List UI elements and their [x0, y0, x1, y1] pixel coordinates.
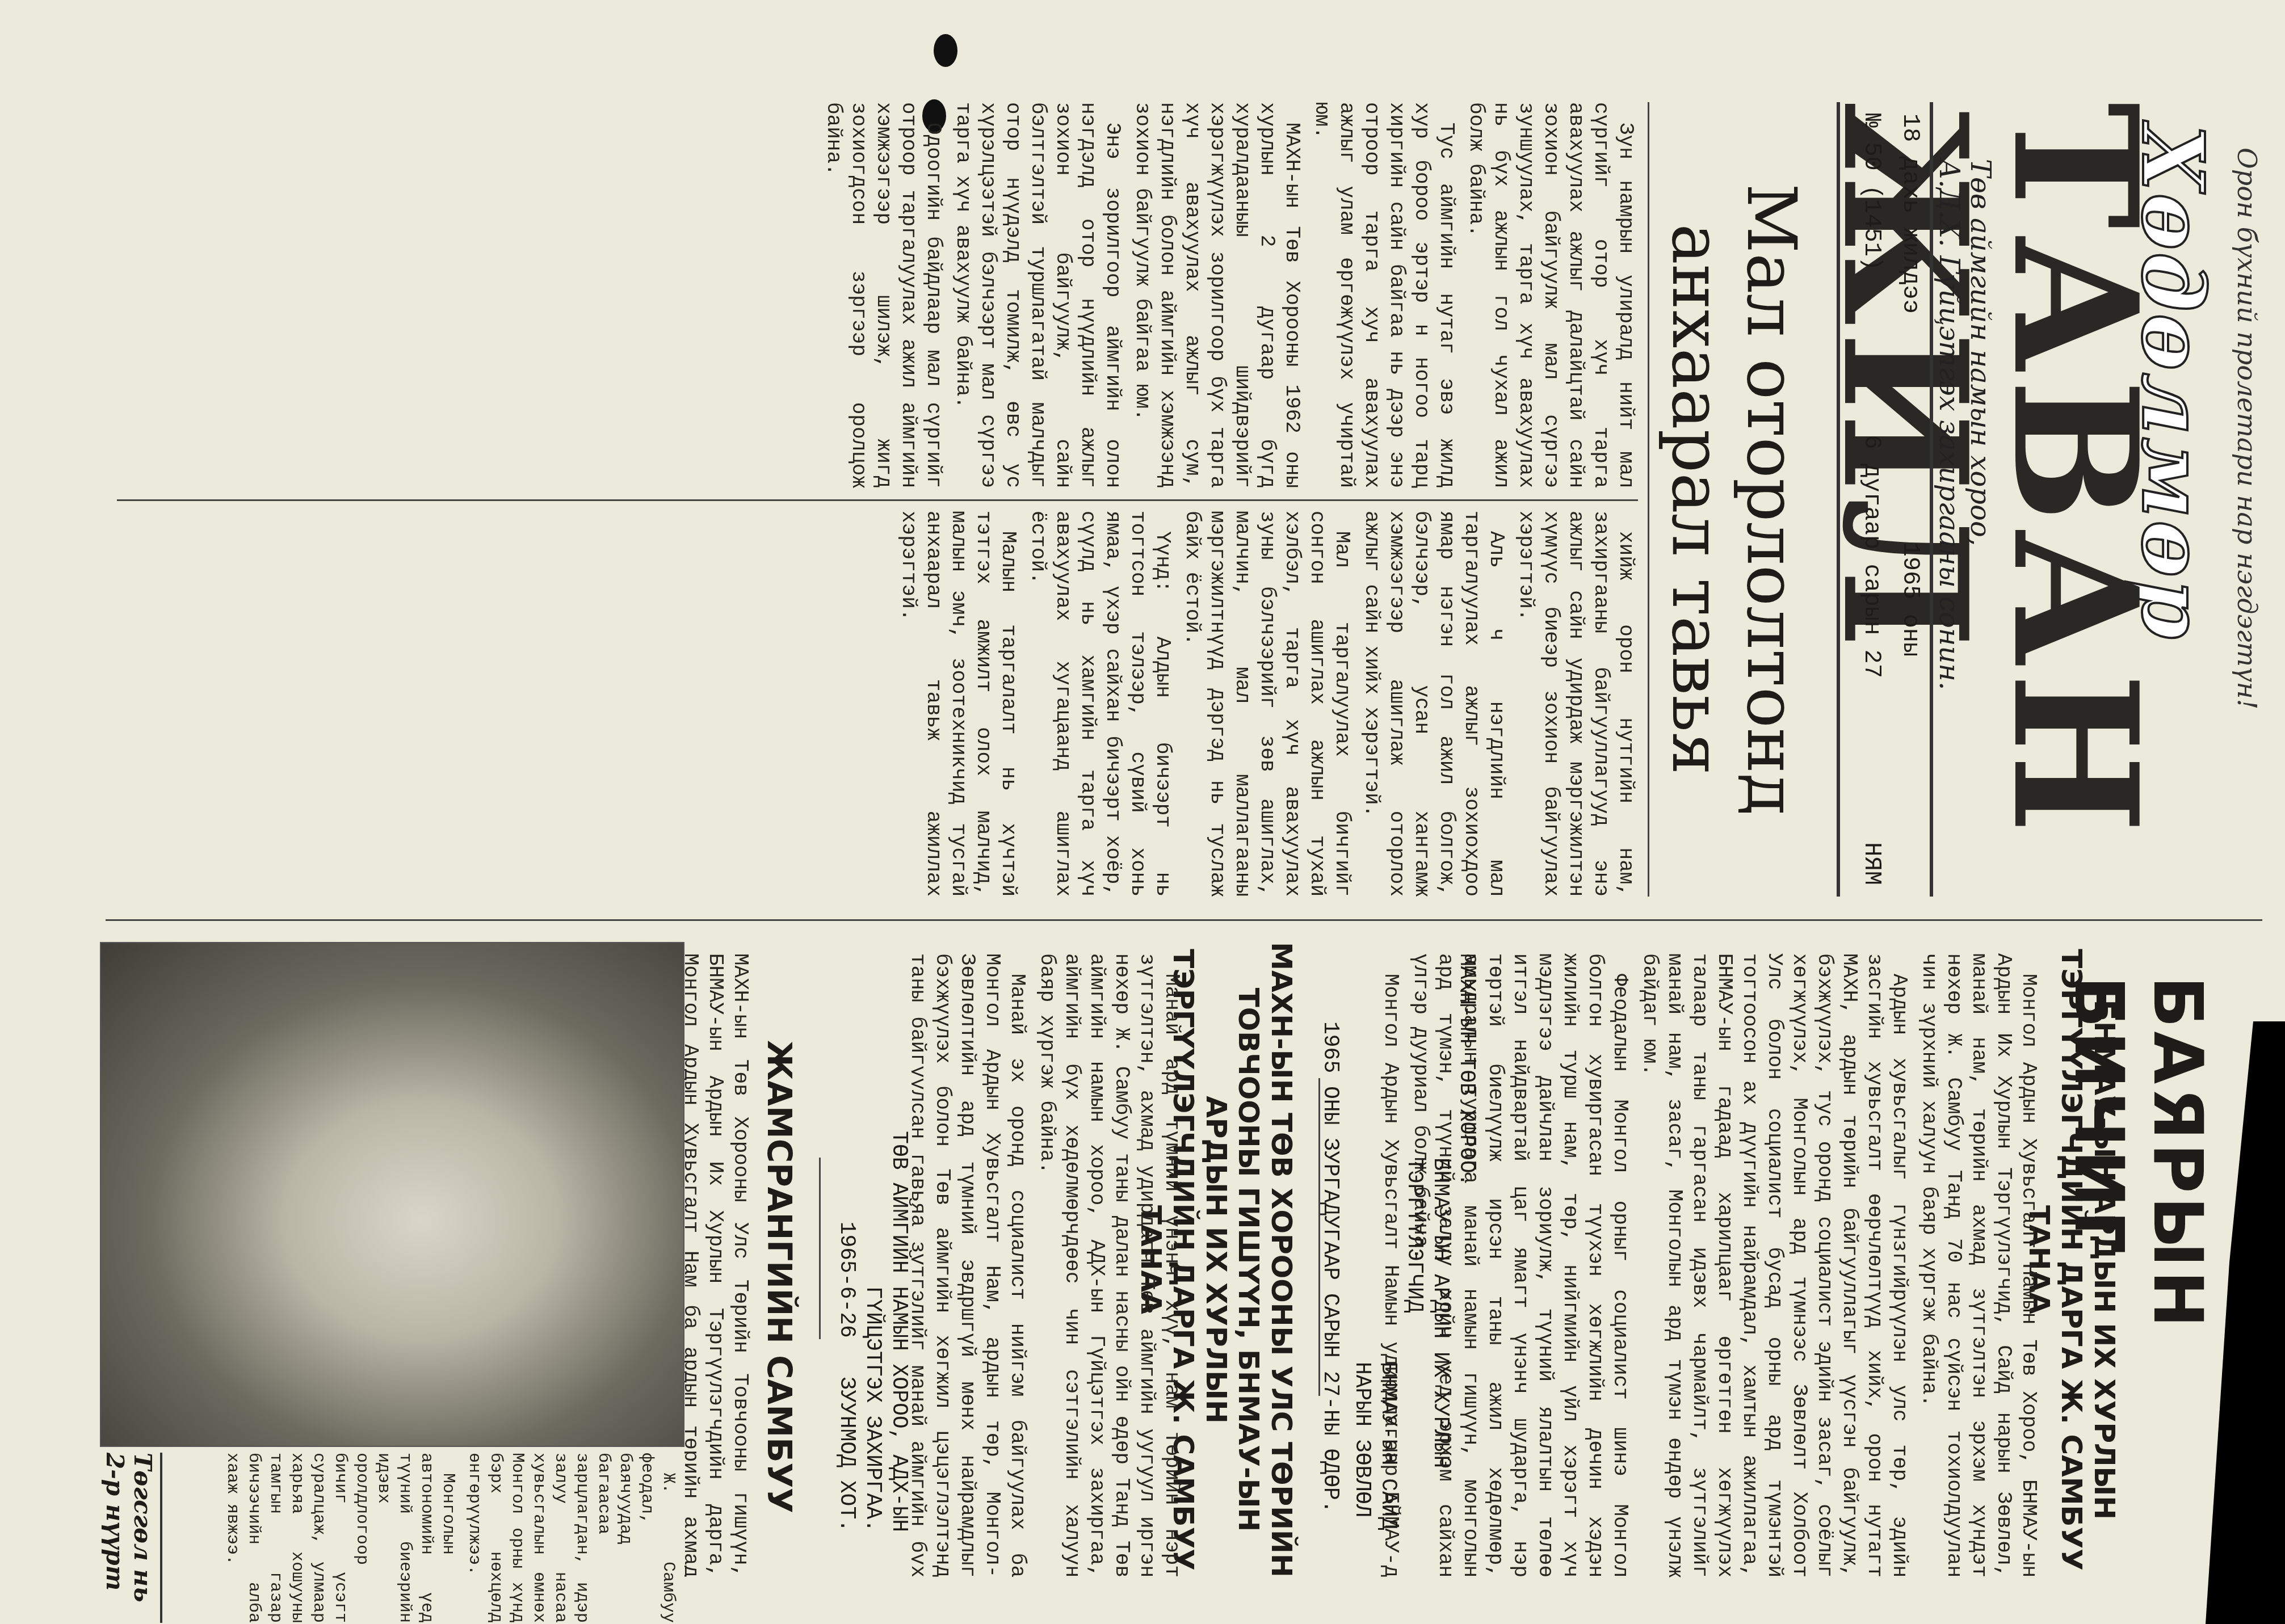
- continued-note: Төгсгөл нь 2-р нүүрт: [101, 1453, 162, 1623]
- signature: МАХН-ЫН ТӨВ ХОРОО.: [1453, 953, 1479, 1577]
- masthead: Орон бүхний пролетари нар нэгдэгтүн! Хөд…: [1944, 79, 2262, 931]
- paragraph: Манай эх оронд социалист нийгэм байгуула…: [912, 953, 1030, 1577]
- paragraph: Одоогийн байдлаар мал сүргийг отроор тар…: [821, 102, 946, 488]
- date: 1965-6-26: [834, 1222, 859, 1338]
- paragraph: Тус аймгийн нутаг эвэ жилд хур бороо эрт…: [1309, 102, 1459, 488]
- bio-headline: ЖАМСРАНГИЙН САМБУУ: [760, 965, 798, 1589]
- signature: ТӨВ АЙМГИЙН НАМЫН ХОРОО, АДХ-ЫН ГҮЙЦЭТГЭ…: [859, 1078, 912, 1532]
- paragraph: Аль ч нэгдлийн мал таргалуулах ажлыг зох…: [1359, 511, 1509, 897]
- divider: [819, 1158, 821, 1339]
- volume: 18 дахь жилдээ: [1897, 113, 1924, 314]
- signature: БНМАУ-ЫН АРДЫН ИХ ХУРЛЫН ТЭРГҮҮЛЭГЧИД: [1401, 953, 1453, 1577]
- headline-line: анхаарал тавья: [1658, 102, 1733, 897]
- subtitle-line: А.Д.Х. Гүйцэтгэх захиргааны сонин.: [1933, 159, 1964, 690]
- second-greeting-body: Манай ард түмний үнэнч хүү, нам төрийн н…: [912, 953, 1184, 1577]
- signature: БНМАУ-ЫН САЙД НАРЫН ЗӨВЛӨЛ: [1349, 953, 1401, 1577]
- paragraph: Манай ард түмний үнэнч хүү, нам төрийн н…: [1034, 953, 1184, 1577]
- newspaper-scan: Орон бүхний пролетари нар нэгдэгтүн! Хөд…: [0, 0, 2285, 1624]
- masthead-subtitle: Төв аймгийн намын хороо, А.Д.Х. Гүйцэтгэ…: [1933, 159, 1996, 690]
- second-greeting-signature: ТӨВ АЙМГИЙН НАМЫН ХОРОО, АДХ-ЫН ГҮЙЦЭТГЭ…: [833, 1078, 912, 1532]
- paragraph: Монгол Ардын Хувьсгалт Намын Төв Хороо, …: [1916, 953, 2041, 1577]
- issue-number: № 50 (1451): [1858, 113, 1885, 271]
- headline-line: Мал оторлолтонд: [1733, 102, 1808, 897]
- year: 1965 оны: [1897, 542, 1924, 657]
- date-line: 1965 ОНЫ ЗУРГАДУГААР САРЫН 27-НЫ ӨДӨР.: [1317, 953, 1343, 1577]
- paragraph: МАХН-ын Төв Хорооны 1962 оны хурлын 2 ду…: [1129, 102, 1304, 488]
- paragraph: хийж орон нутгийн нам, захиргааны байгуу…: [1513, 511, 1638, 897]
- lead-article-col-1: Зун намрын улиралд нийт мал сүргийг отор…: [117, 102, 1638, 488]
- issue-date: 6 дугаар сарын 27: [1858, 435, 1885, 678]
- paragraph: Монголын автономийн үед түүний биеэрийн …: [221, 1453, 459, 1623]
- paragraph: Зун намрын улиралд нийт мал сүргийг отор…: [1463, 102, 1638, 488]
- slogan: Орон бүхний пролетари нар нэгдэгтүн!: [2232, 148, 2262, 709]
- lead-headline: Мал оторлолтонд анхаарал тавья: [1658, 102, 1808, 897]
- lead-article-col-2: хийж орон нутгийн нам, захиргааны байгуу…: [117, 511, 1638, 897]
- greeting-signatures: МАХН-ЫН ТӨВ ХОРОО. БНМАУ-ЫН АРДЫН ИХ ХУР…: [1317, 953, 1479, 1577]
- portrait-photo: [100, 942, 684, 1447]
- paragraph: Ардын хувьсгалыг гүнзгийрүүлэн улс төр, …: [1637, 953, 1912, 1577]
- paragraph: Малын таргалалт нь хүчтэй тэтгэх амжилт …: [896, 511, 1020, 897]
- paragraph: Ж. Самбуу феодал, баячуудад багаасаа зар…: [463, 1453, 679, 1623]
- newspaper-page: Орон бүхний пролетари нар нэгдэгтүн! Хөд…: [83, 0, 2285, 1624]
- divider: [1648, 102, 1649, 897]
- paragraph: Мал таргалуулах бичгийг сонгон ашиглах а…: [1179, 511, 1354, 897]
- weekday: НЯМ: [1858, 842, 1885, 885]
- city: ЗУУНМОД ХОТ.: [834, 1377, 859, 1532]
- divider: [117, 499, 1638, 501]
- paragraph: Энэ зорилгоор аймгийн олон нэгдэлд отор …: [950, 102, 1125, 488]
- bio-body: Ж. Самбуу феодал, баячуудад багаасаа зар…: [168, 1453, 679, 1623]
- date-city: 1965-6-26 ЗУУНМОД ХОТ.: [833, 1078, 859, 1532]
- issue-info-bar: 18 дахь жилдээ 1965 оны № 50 (1451) 6 ду…: [1837, 102, 1933, 897]
- divider: [1318, 1078, 1320, 1396]
- divider: [106, 919, 2262, 921]
- subtitle-line: Төв аймгийн намын хороо,: [1964, 159, 1996, 690]
- paragraph: Үүнд: Алдын бичээрт нь тогтсон тэлээр, с…: [1025, 511, 1175, 897]
- bio-intro: МАХН-ын Төв Хорооны Улс Төрийн Товчооны …: [684, 953, 753, 1577]
